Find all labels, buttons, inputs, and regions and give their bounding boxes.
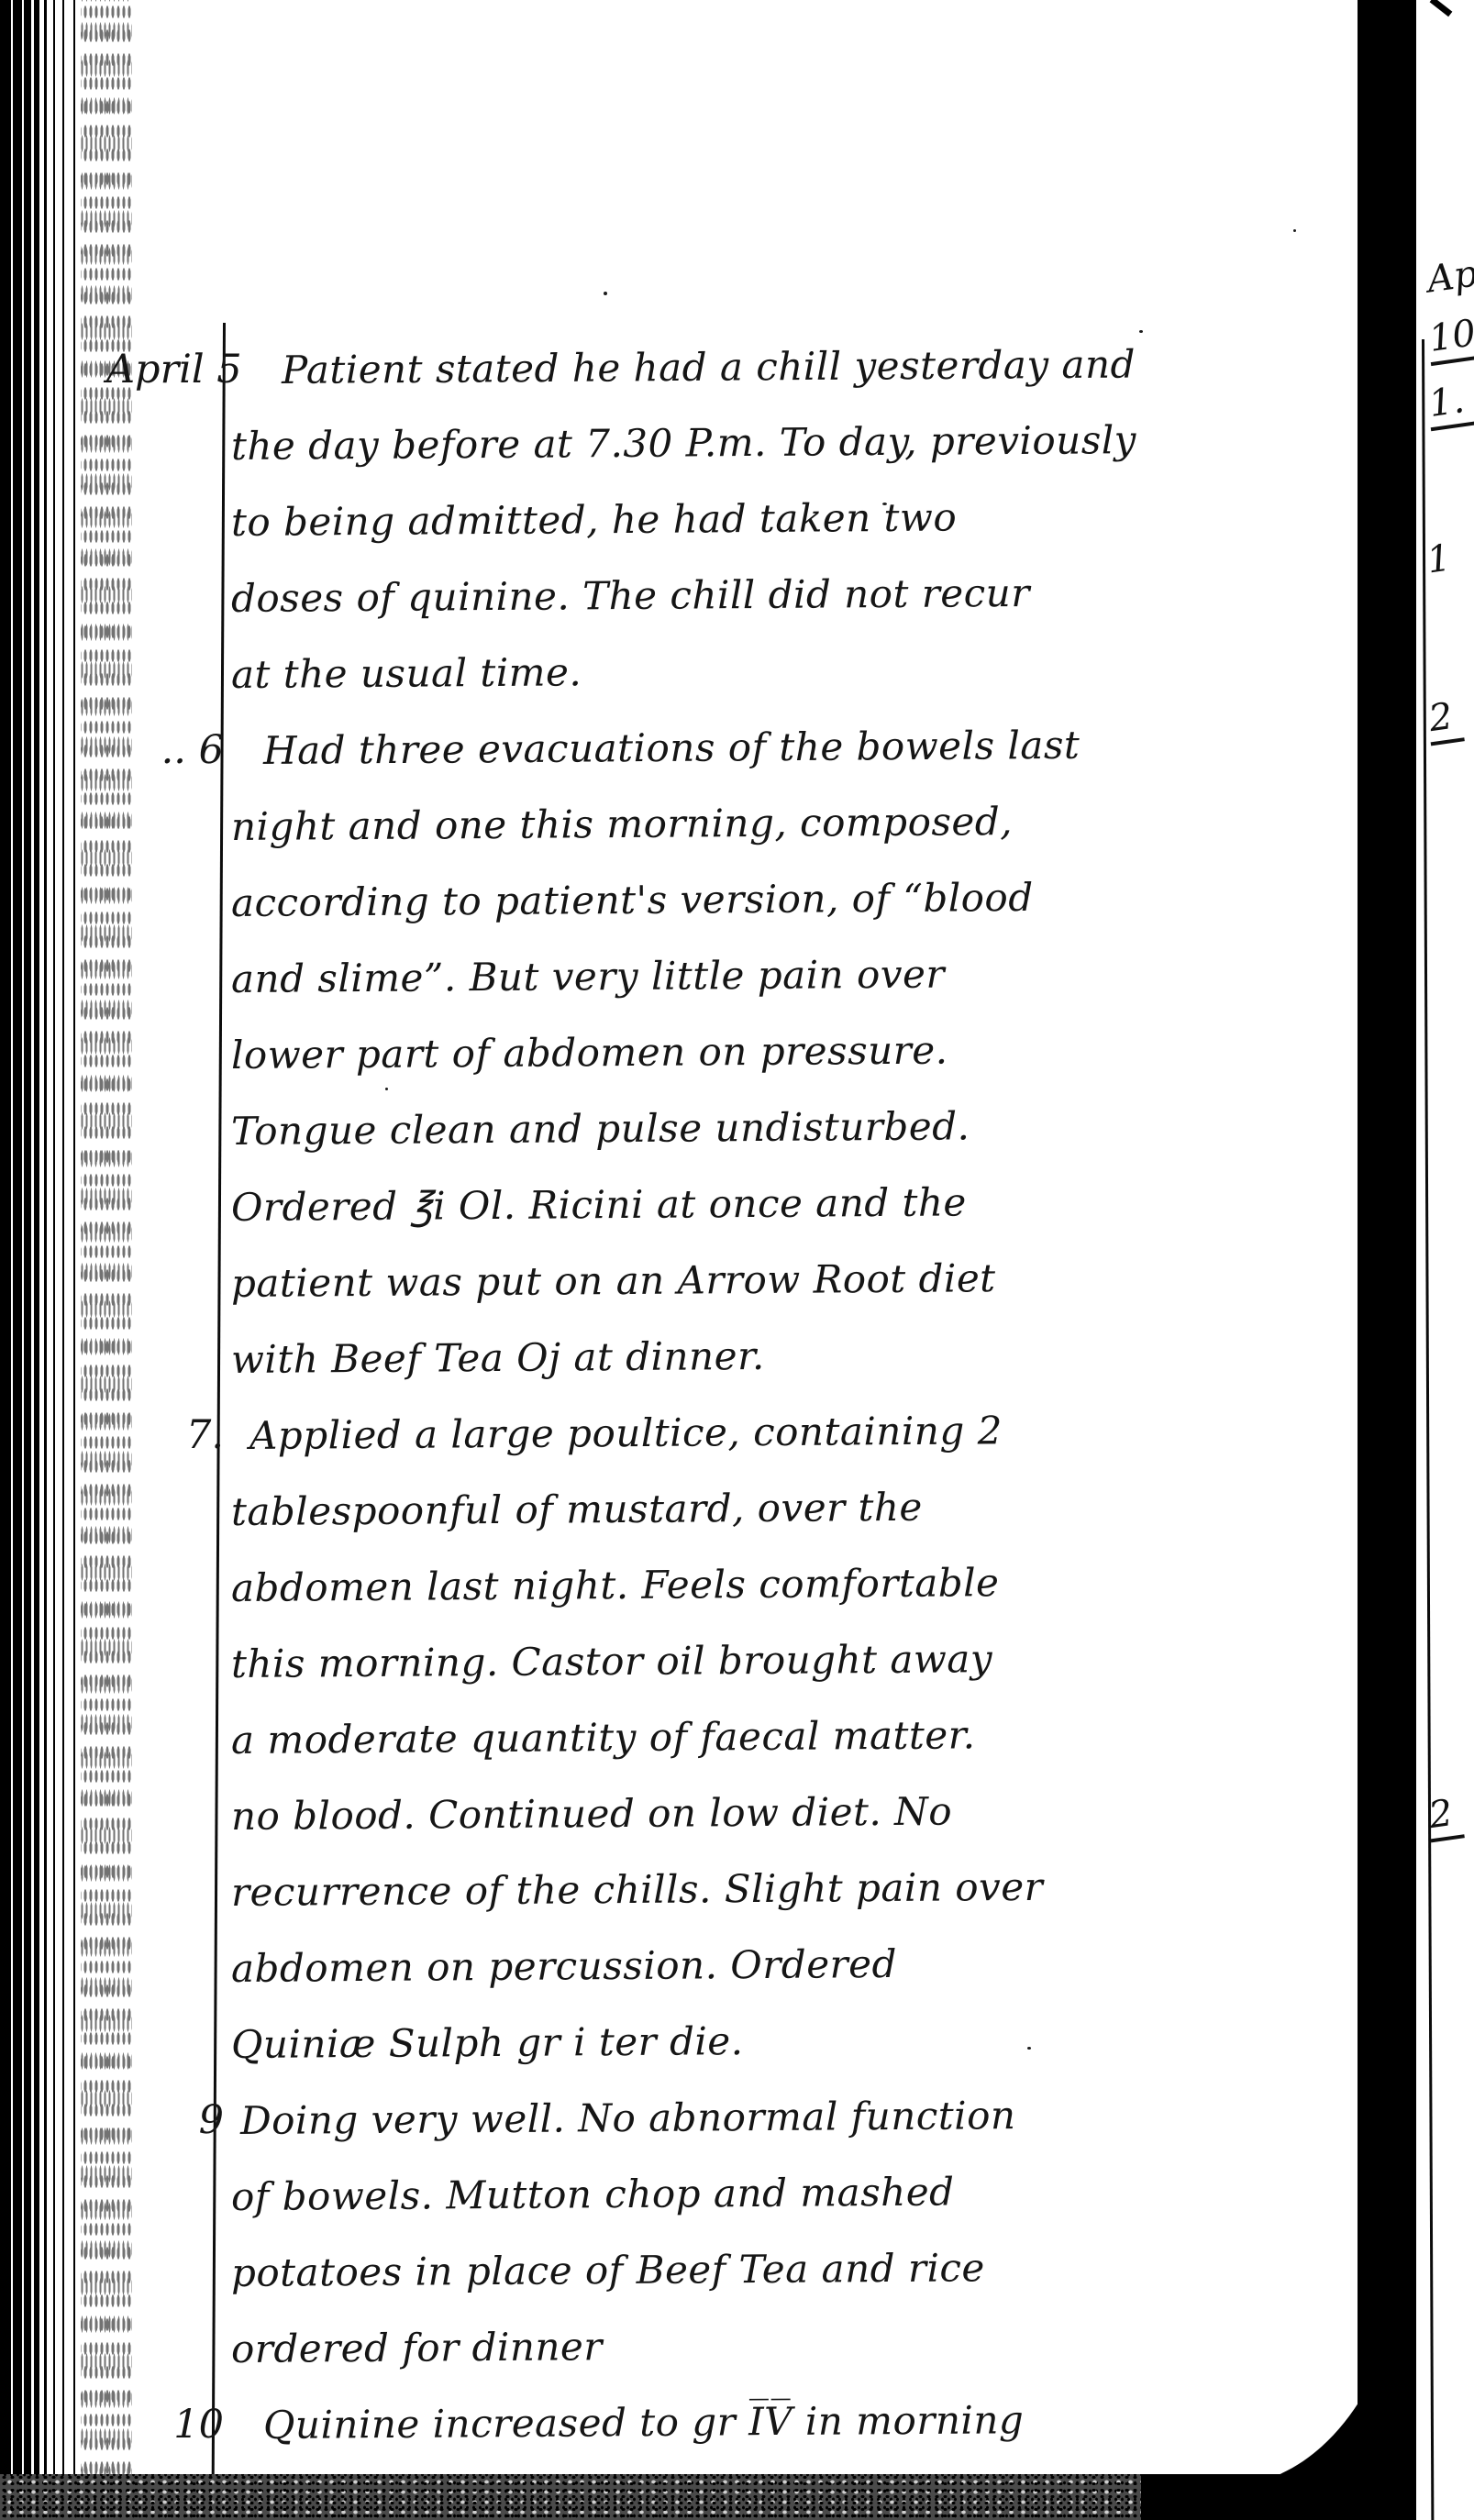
entry-line: to being admitted, he had taken two [231,479,958,560]
book-binding-edge [0,0,84,2520]
entry-line: Had three evacuations of the bowels last [263,707,1081,789]
entry-line: Doing very well. No abnormal function [240,2077,1016,2159]
entry-line: patient was put on an Arrow Root diet [231,1240,996,1321]
entry-line: tablespoonful of mustard, over the [231,1469,923,1550]
entry-line: abdomen on percussion. Ordered [231,1926,897,2006]
entry-line: night and one this morning, composed, [231,783,1014,865]
entry-line: Quiniæ Sulph gr i ter die. [231,2003,744,2083]
next-page-date-fragment: 2 [1424,688,1465,747]
entry-line: and slime”. But very little pain over [231,936,946,1017]
page-gutter-shadow [1358,0,1416,2520]
ink-speck [1293,229,1296,232]
entry-line: ordered for dinner [231,2308,603,2387]
ink-speck [604,292,607,295]
entry-line: abdomen last night. Feels comfortable [231,1544,1000,1626]
entry-date: 10 [106,2387,224,2463]
entry-line: doses of quinine. The chill did not recu… [231,555,1030,636]
entry-line: at the usual time. [231,634,582,713]
ink-speck [385,1088,388,1090]
next-page-date-fragment: 1 [1424,531,1455,589]
entry-line: potatoes in place of Beef Tea and rice [231,2229,985,2311]
next-page-date-fragment: 10 [1424,304,1474,367]
entry-date: April 5 [106,332,224,408]
entry-line: a moderate quantity of faecal matter. [231,1697,976,1778]
entry-date: 9 [106,2083,224,2159]
entry-date: 7. [106,1398,224,1474]
scan-artifact [1430,0,1453,17]
entry-date: .. 6 [106,713,224,789]
entry-line: recurrence of the chills. Slight pain ov… [231,1849,1044,1930]
entry-line: lower part of abdomen on pressure. [231,1012,948,1093]
next-page-date-fragment: 2 [1424,1785,1465,1844]
ink-speck [882,503,887,505]
entry-line: according to patient's version, of “bloo… [231,859,1034,941]
entry-line: the day before at 7.30 P.m. To day, prev… [231,402,1137,484]
entry-line: Patient stated he had a chill yesterday … [282,326,1136,408]
entry-line: no blood. Continued on low diet. No [231,1774,953,1854]
entry-line: Applied a large poultice, containing 2 [249,1392,1003,1474]
scan-noise-band [0,2474,1141,2520]
entry-line: this morning. Castor oil brought away [231,1620,993,1702]
scan-noise-band-solid [1141,2474,1416,2520]
entry-line: Tongue clean and pulse undisturbed. [231,1088,970,1169]
scanned-page: April 5Patient stated he had a chill yes… [0,0,1474,2520]
entry-line: with Beef Tea Oj at dinner. [231,1318,765,1398]
ink-speck [1139,330,1143,333]
entry-line: Ordered ℥i Ol. Ricini at once and the [231,1164,967,1245]
next-page-rule [1422,339,1434,2520]
next-page-date-fragment: 1. [1424,371,1474,432]
entry-line: Quinine increased to gr I̅V̅ in morning [263,2382,1025,2463]
gutter-flare [1244,2265,1416,2485]
entry-line: of bowels. Mutton chop and mashed [231,2153,955,2235]
ink-speck [1027,2047,1031,2050]
next-page-month-fragment: Ap [1424,246,1474,307]
